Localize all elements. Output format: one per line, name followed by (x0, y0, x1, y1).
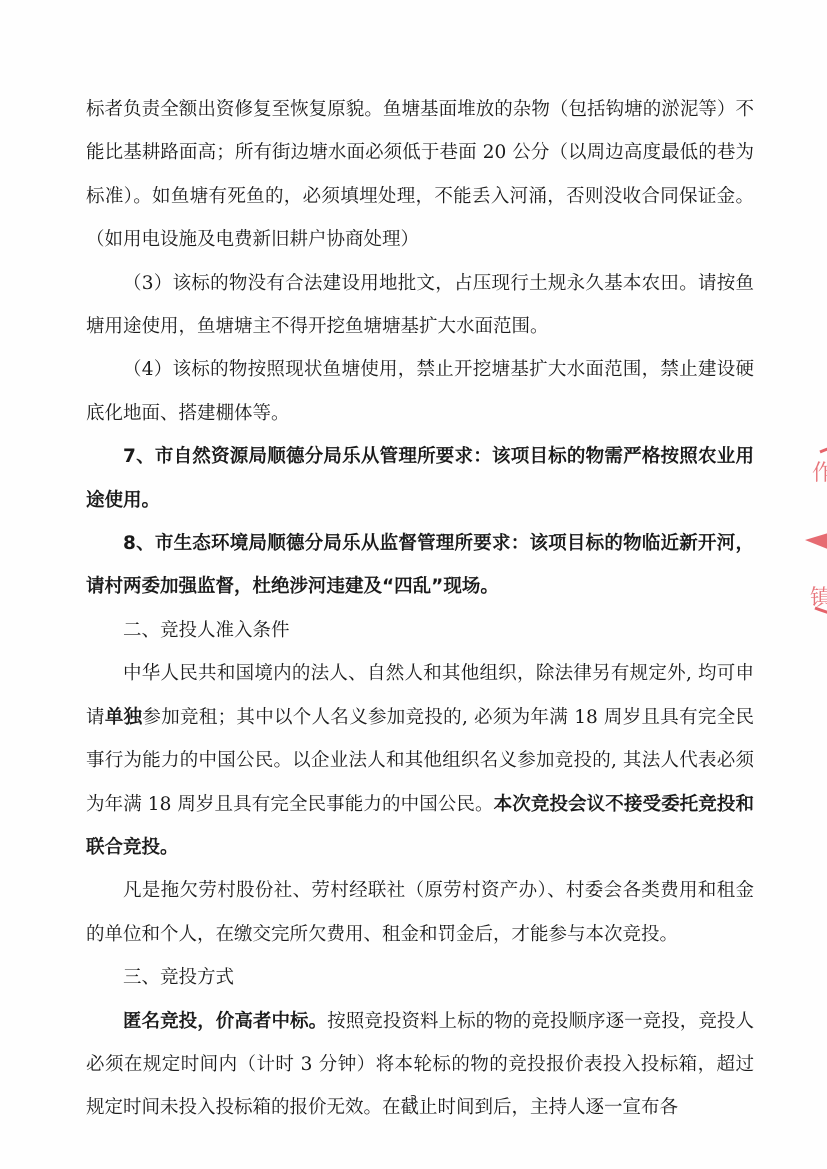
bold-text-segment: 匿名竞投，价高者中标。 (123, 1011, 327, 1032)
paragraph-section-2-heading: 二、竞投人准入条件 (86, 609, 754, 652)
text-segment: 标者负责全额出资修复至恢复原貌。鱼塘基面堆放的杂物（包括钩塘的淤泥等）不能比基耕… (86, 99, 754, 250)
bold-text-segment: 8、市生态环境局顺德分局乐从监督管理所要求：该项目标的物临近新开河，请村两委加强… (86, 533, 754, 597)
paragraph-requirement-8: 8、市生态环境局顺德分局乐从监督管理所要求：该项目标的物临近新开河，请村两委加强… (86, 522, 754, 609)
text-segment: 凡是拖欠劳村股份社、劳村经联社（原劳村资产办）、村委会各类费用和租金的单位和个人… (86, 880, 754, 944)
paragraph-cont-para: 标者负责全额出资修复至恢复原貌。鱼塘基面堆放的杂物（包括钩塘的淤泥等）不能比基耕… (86, 88, 754, 262)
text-segment: （3）该标的物没有合法建设用地批文，占压现行土规永久基本农田。请按鱼塘用途使用，… (86, 273, 754, 337)
page-number: - 3 - (0, 1093, 827, 1107)
document-page: 标者负责全额出资修复至恢复原貌。鱼塘基面堆放的杂物（包括钩塘的淤泥等）不能比基耕… (0, 0, 827, 1169)
seal-char-bottom: 镇 (810, 586, 827, 611)
text-segment: 二、竞投人准入条件 (123, 620, 290, 641)
paragraph-item-4: （4）该标的物按照现状鱼塘使用，禁止开挖塘基扩大水面范围，禁止建设硬底化地面、搭… (86, 348, 754, 435)
document-body: 标者负责全额出资修复至恢复原貌。鱼塘基面堆放的杂物（包括钩塘的淤泥等）不能比基耕… (86, 88, 754, 1130)
paragraph-section-3-heading: 三、竞投方式 (86, 956, 754, 999)
text-segment: 三、竞投方式 (123, 967, 234, 988)
paragraph-section-2-para-1: 中华人民共和国境内的法人、自然人和其他组织，除法律另有规定外, 均可申请单独参加… (86, 652, 754, 869)
paragraph-item-3: （3）该标的物没有合法建设用地批文，占压现行土规永久基本农田。请按鱼塘用途使用，… (86, 262, 754, 349)
red-star-seal-icon: 作 镇 (790, 430, 827, 630)
paragraph-section-2-para-2: 凡是拖欠劳村股份社、劳村经联社（原劳村资产办）、村委会各类费用和租金的单位和个人… (86, 869, 754, 956)
text-segment: （4）该标的物按照现状鱼塘使用，禁止开挖塘基扩大水面范围，禁止建设硬底化地面、搭… (86, 359, 754, 423)
paragraph-requirement-7: 7、市自然资源局顺德分局乐从管理所要求：该项目标的物需严格按照农业用途使用。 (86, 435, 754, 522)
paragraph-section-3-para-1: 匿名竞投，价高者中标。按照竞投资料上标的物的竞投顺序逐一竞投，竞投人必须在规定时… (86, 1000, 754, 1130)
seal-char-top: 作 (812, 461, 827, 486)
bold-text-segment: 单独 (105, 707, 143, 728)
bold-text-segment: 7、市自然资源局顺德分局乐从管理所要求：该项目标的物需严格按照农业用途使用。 (86, 446, 754, 510)
